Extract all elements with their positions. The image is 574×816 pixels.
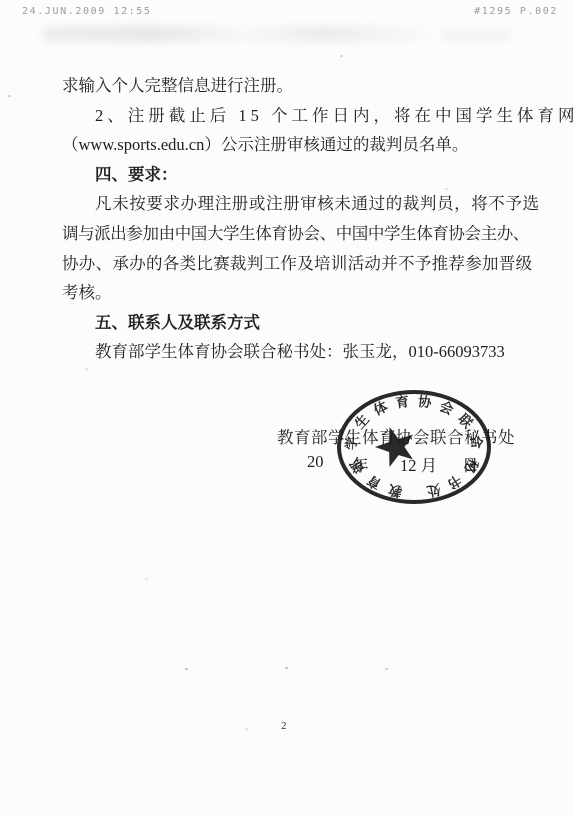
body-line: 求输入个人完整信息进行注册。 [62,71,516,101]
body-line: 2、注册截止后 15 个工作日内，将在中国学生体育网 [62,101,516,131]
seal-ring-text-holder: 教育部学生体育协会联合秘书处 [342,393,485,500]
scan-smudge-spot [440,30,510,40]
fax-header: 24.JUN.2009 12:55 #1295 P.002 [0,6,574,22]
body-line: （www.sports.edu.cn）公示注册审核通过的裁判员名单。 [62,130,516,160]
seal-ring-text: 教育部学生体育协会联合秘书处 [342,393,485,500]
scan-noise [185,668,188,670]
seal-graphic: 教育部学生体育协会联合秘书处 [332,388,496,508]
document-body: 求输入个人完整信息进行注册。 2、注册截止后 15 个工作日内，将在中国学生体育… [62,71,516,367]
fax-page-id: #1295 P.002 [474,6,558,17]
body-line: 协办、承办的各类比赛裁判工作及培训活动并不予推荐参加晋级 [62,249,516,279]
seal-ring [339,392,489,502]
section-heading: 五、联系人及联系方式 [62,308,516,338]
contact-line: 教育部学生体育协会联合秘书处：张玉龙，010-66093733 [62,337,516,367]
scan-smudge-band [42,26,432,42]
body-line: 凡未按要求办理注册或注册审核未通过的裁判员，将不予选 [62,189,516,219]
body-line: 调与派出参加由中国大学生体育协会、中国中学生体育协会主办、 [62,219,516,249]
fax-timestamp: 24.JUN.2009 12:55 [22,6,152,17]
signature-date-year-prefix: 20 [307,452,324,472]
body-line: 考核。 [62,278,516,308]
official-seal-stamp: 教育部学生体育协会联合秘书处 [332,388,496,508]
star-icon [373,424,417,469]
scanned-document-page: 24.JUN.2009 12:55 #1295 P.002 求输入个人完整信息进… [0,0,574,816]
section-heading: 四、要求： [62,160,516,190]
page-number: 2 [281,720,287,732]
